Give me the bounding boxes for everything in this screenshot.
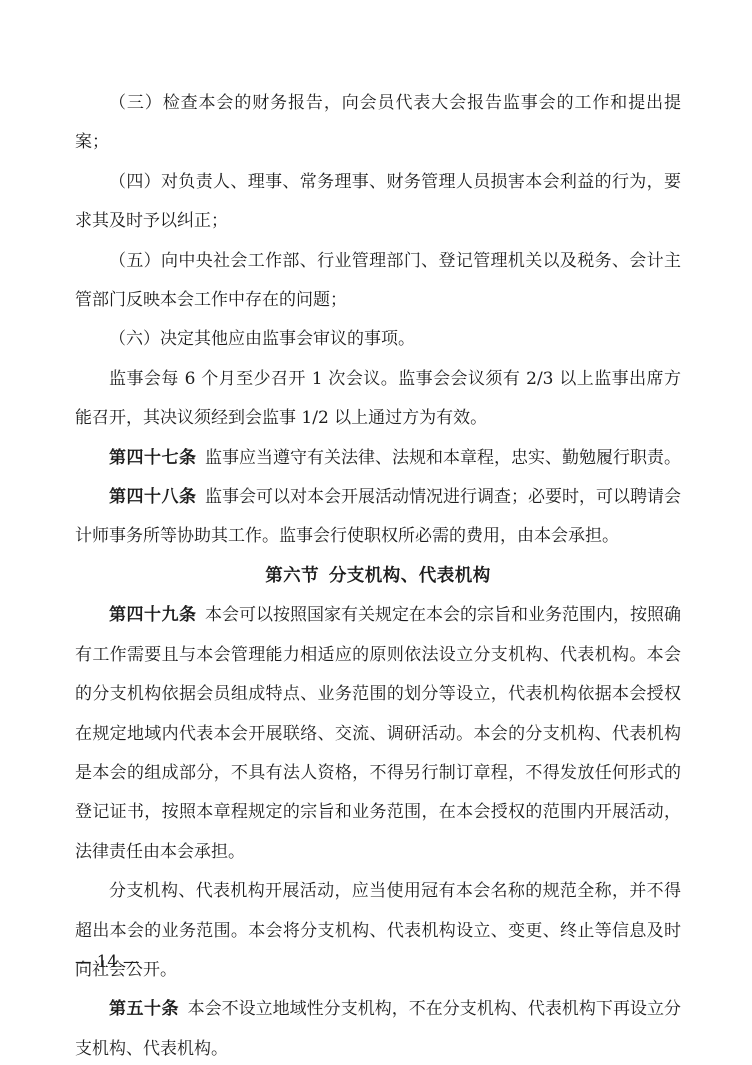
article-number: 第五十条 bbox=[109, 999, 179, 1019]
document-body: （三）检查本会的财务报告，向会员代表大会报告监事会的工作和提出提案； （四）对负… bbox=[75, 84, 681, 1065]
article-paragraph: 第四十八条监事会可以对本会开展活动情况进行调查；必要时，可以聘请会计师事务所等协… bbox=[75, 478, 681, 557]
article-text: 监事应当遵守有关法律、法规和本章程，忠实、勤勉履行职责。 bbox=[205, 448, 681, 468]
section-title: 分支机构、代表机构 bbox=[329, 566, 491, 586]
page-footer: — 14 — bbox=[75, 950, 140, 974]
list-item-paragraph: （六）决定其他应由监事会审议的事项。 bbox=[75, 320, 681, 359]
list-item-paragraph: （五）向中央社会工作部、行业管理部门、登记管理机关以及税务、会计主管部门反映本会… bbox=[75, 242, 681, 321]
page-number: — 14 — bbox=[75, 952, 140, 971]
article-paragraph: 第四十九条本会可以按照国家有关规定在本会的宗旨和业务范围内，按照确有工作需要且与… bbox=[75, 596, 681, 872]
body-paragraph: 监事会每 6 个月至少召开 1 次会议。监事会会议须有 2/3 以上监事出席方能… bbox=[75, 360, 681, 439]
list-item-paragraph: （四）对负责人、理事、常务理事、财务管理人员损害本会利益的行为，要求其及时予以纠… bbox=[75, 163, 681, 242]
article-paragraph: 第五十条本会不设立地域性分支机构，不在分支机构、代表机构下再设立分支机构、代表机… bbox=[75, 990, 681, 1065]
article-text: 本会可以按照国家有关规定在本会的宗旨和业务范围内，按照确有工作需要且与本会管理能… bbox=[75, 605, 681, 861]
article-number: 第四十八条 bbox=[109, 487, 197, 507]
list-item-paragraph: （三）检查本会的财务报告，向会员代表大会报告监事会的工作和提出提案； bbox=[75, 84, 681, 163]
article-number: 第四十九条 bbox=[109, 605, 197, 625]
body-paragraph: 分支机构、代表机构开展活动，应当使用冠有本会名称的规范全称，并不得超出本会的业务… bbox=[75, 872, 681, 990]
document-page: （三）检查本会的财务报告，向会员代表大会报告监事会的工作和提出提案； （四）对负… bbox=[0, 0, 752, 1065]
article-number: 第四十七条 bbox=[109, 448, 197, 468]
section-number: 第六节 bbox=[265, 566, 319, 586]
article-paragraph: 第四十七条监事应当遵守有关法律、法规和本章程，忠实、勤勉履行职责。 bbox=[75, 439, 681, 478]
section-heading: 第六节分支机构、代表机构 bbox=[75, 557, 681, 596]
